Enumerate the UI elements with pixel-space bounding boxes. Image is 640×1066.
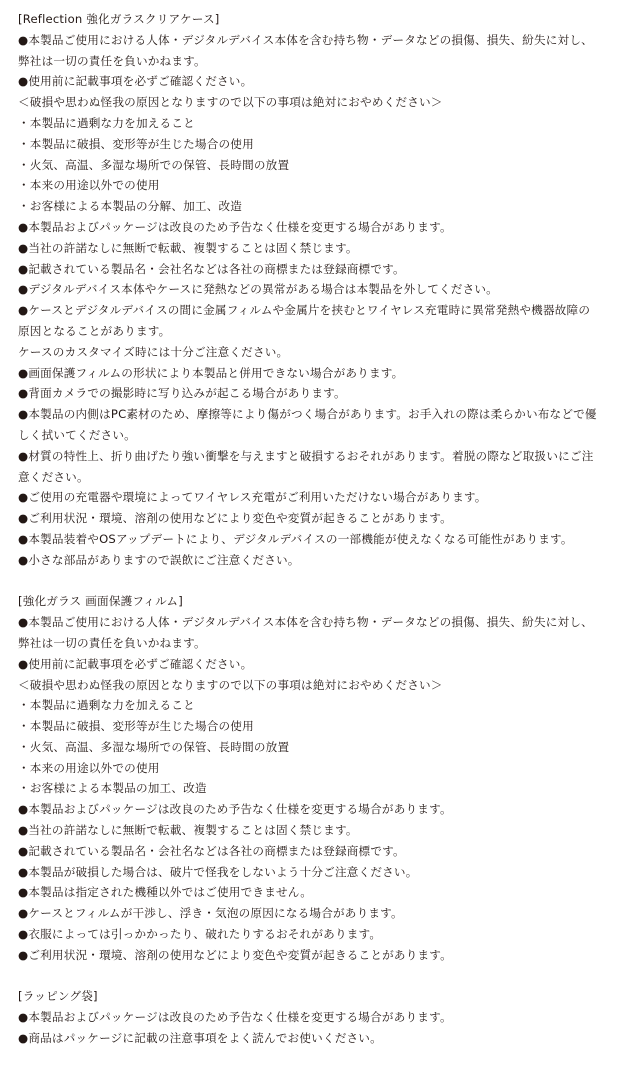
notice-line: ●ご利用状況・環境、溶剤の使用などにより変色や変質が起きることがあります。 [18,945,622,966]
notice-line: ●本製品が破損した場合は、破片で怪我をしないよう十分ご注意ください。 [18,862,622,883]
notice-line: ●本製品装着やOSアップデートにより、デジタルデバイスの一部機能が使えなくなる可… [18,529,622,550]
notice-line: しく拭いてください。 [18,425,622,446]
notice-line: ・火気、高温、多湿な場所での保管、長時間の放置 [18,737,622,758]
notice-line: ＜破損や思わぬ怪我の原因となりますので以下の事項は絶対におやめください＞ [18,675,622,696]
notice-line: 弊社は一切の責任を負いかねます。 [18,633,622,654]
notice-line: ・お客様による本製品の加工、改造 [18,778,622,799]
notice-line: ・本来の用途以外での使用 [18,175,622,196]
notice-line: ●ケースとデジタルデバイスの間に金属フィルムや金属片を挟むとワイヤレス充電時に異… [18,300,622,321]
notice-line: ●本製品ご使用における人体・デジタルデバイス本体を含む持ち物・データなどの損傷、… [18,30,622,51]
notice-line: ●ご利用状況・環境、溶剤の使用などにより変色や変質が起きることがあります。 [18,508,622,529]
notice-line: ●本製品の内側はPC素材のため、摩擦等により傷がつく場合があります。お手入れの際… [18,404,622,425]
notice-line: ・本製品に破損、変形等が生じた場合の使用 [18,134,622,155]
notice-line: 弊社は一切の責任を負いかねます。 [18,51,622,72]
notice-line: ●記載されている製品名・会社名などは各社の商標または登録商標です。 [18,841,622,862]
notice-line: ●商品はパッケージに記載の注意事項をよく読んでお使いください。 [18,1028,622,1049]
section-reflection-case: [Reflection 強化ガラスクリアケース]●本製品ご使用における人体・デジ… [18,9,622,571]
notice-line: ＜破損や思わぬ怪我の原因となりますので以下の事項は絶対におやめください＞ [18,92,622,113]
notice-line: ●使用前に記載事項を必ずご確認ください。 [18,654,622,675]
notice-line: ●小さな部品がありますので誤飲にご注意ください。 [18,550,622,571]
notice-line: ●画面保護フィルムの形状により本製品と併用できない場合があります。 [18,363,622,384]
notice-line: ・本製品に過剰な力を加えること [18,113,622,134]
notice-line: 意ください。 [18,467,622,488]
section-glass-film: [強化ガラス 画面保護フィルム]●本製品ご使用における人体・デジタルデバイス本体… [18,591,622,965]
notice-line: ●使用前に記載事項を必ずご確認ください。 [18,71,622,92]
notice-line: ●本製品ご使用における人体・デジタルデバイス本体を含む持ち物・データなどの損傷、… [18,612,622,633]
notice-line: ●当社の許諾なしに無断で転載、複製することは固く禁じます。 [18,820,622,841]
notice-line: ・本製品に過剰な力を加えること [18,695,622,716]
notice-line: ●デジタルデバイス本体やケースに発熱などの異常がある場合は本製品を外してください… [18,279,622,300]
notice-line: ●本製品およびパッケージは改良のため予告なく仕様を変更する場合があります。 [18,217,622,238]
notice-line: ●材質の特性上、折り曲げたり強い衝撃を与えますと破損するおそれがあります。着脱の… [18,446,622,467]
notice-line: ●本製品およびパッケージは改良のため予告なく仕様を変更する場合があります。 [18,799,622,820]
notice-line: ●背面カメラでの撮影時に写り込みが起こる場合があります。 [18,383,622,404]
notice-line: ・火気、高温、多湿な場所での保管、長時間の放置 [18,155,622,176]
notice-line: ●ご使用の充電器や環境によってワイヤレス充電がご利用いただけない場合があります。 [18,487,622,508]
section-title: [ラッピング袋] [18,986,622,1007]
notice-document: [Reflection 強化ガラスクリアケース]●本製品ご使用における人体・デジ… [0,0,640,1049]
notice-line: ●記載されている製品名・会社名などは各社の商標または登録商標です。 [18,259,622,280]
notice-line: ●本製品は指定された機種以外ではご使用できません。 [18,882,622,903]
section-title: [強化ガラス 画面保護フィルム] [18,591,622,612]
notice-line: ●本製品およびパッケージは改良のため予告なく仕様を変更する場合があります。 [18,1007,622,1028]
notice-line: ●衣服によっては引っかかったり、破れたりするおそれがあります。 [18,924,622,945]
notice-line: ・本来の用途以外での使用 [18,758,622,779]
section-wrapping-bag: [ラッピング袋]●本製品およびパッケージは改良のため予告なく仕様を変更する場合が… [18,986,622,1048]
notice-line: 原因となることがあります。 [18,321,622,342]
notice-line: ・お客様による本製品の分解、加工、改造 [18,196,622,217]
notice-line: ・本製品に破損、変形等が生じた場合の使用 [18,716,622,737]
notice-line: ●当社の許諾なしに無断で転載、複製することは固く禁じます。 [18,238,622,259]
section-title: [Reflection 強化ガラスクリアケース] [18,9,622,30]
notice-line: ケースのカスタマイズ時には十分ご注意ください。 [18,342,622,363]
notice-line: ●ケースとフィルムが干渉し、浮き・気泡の原因になる場合があります。 [18,903,622,924]
